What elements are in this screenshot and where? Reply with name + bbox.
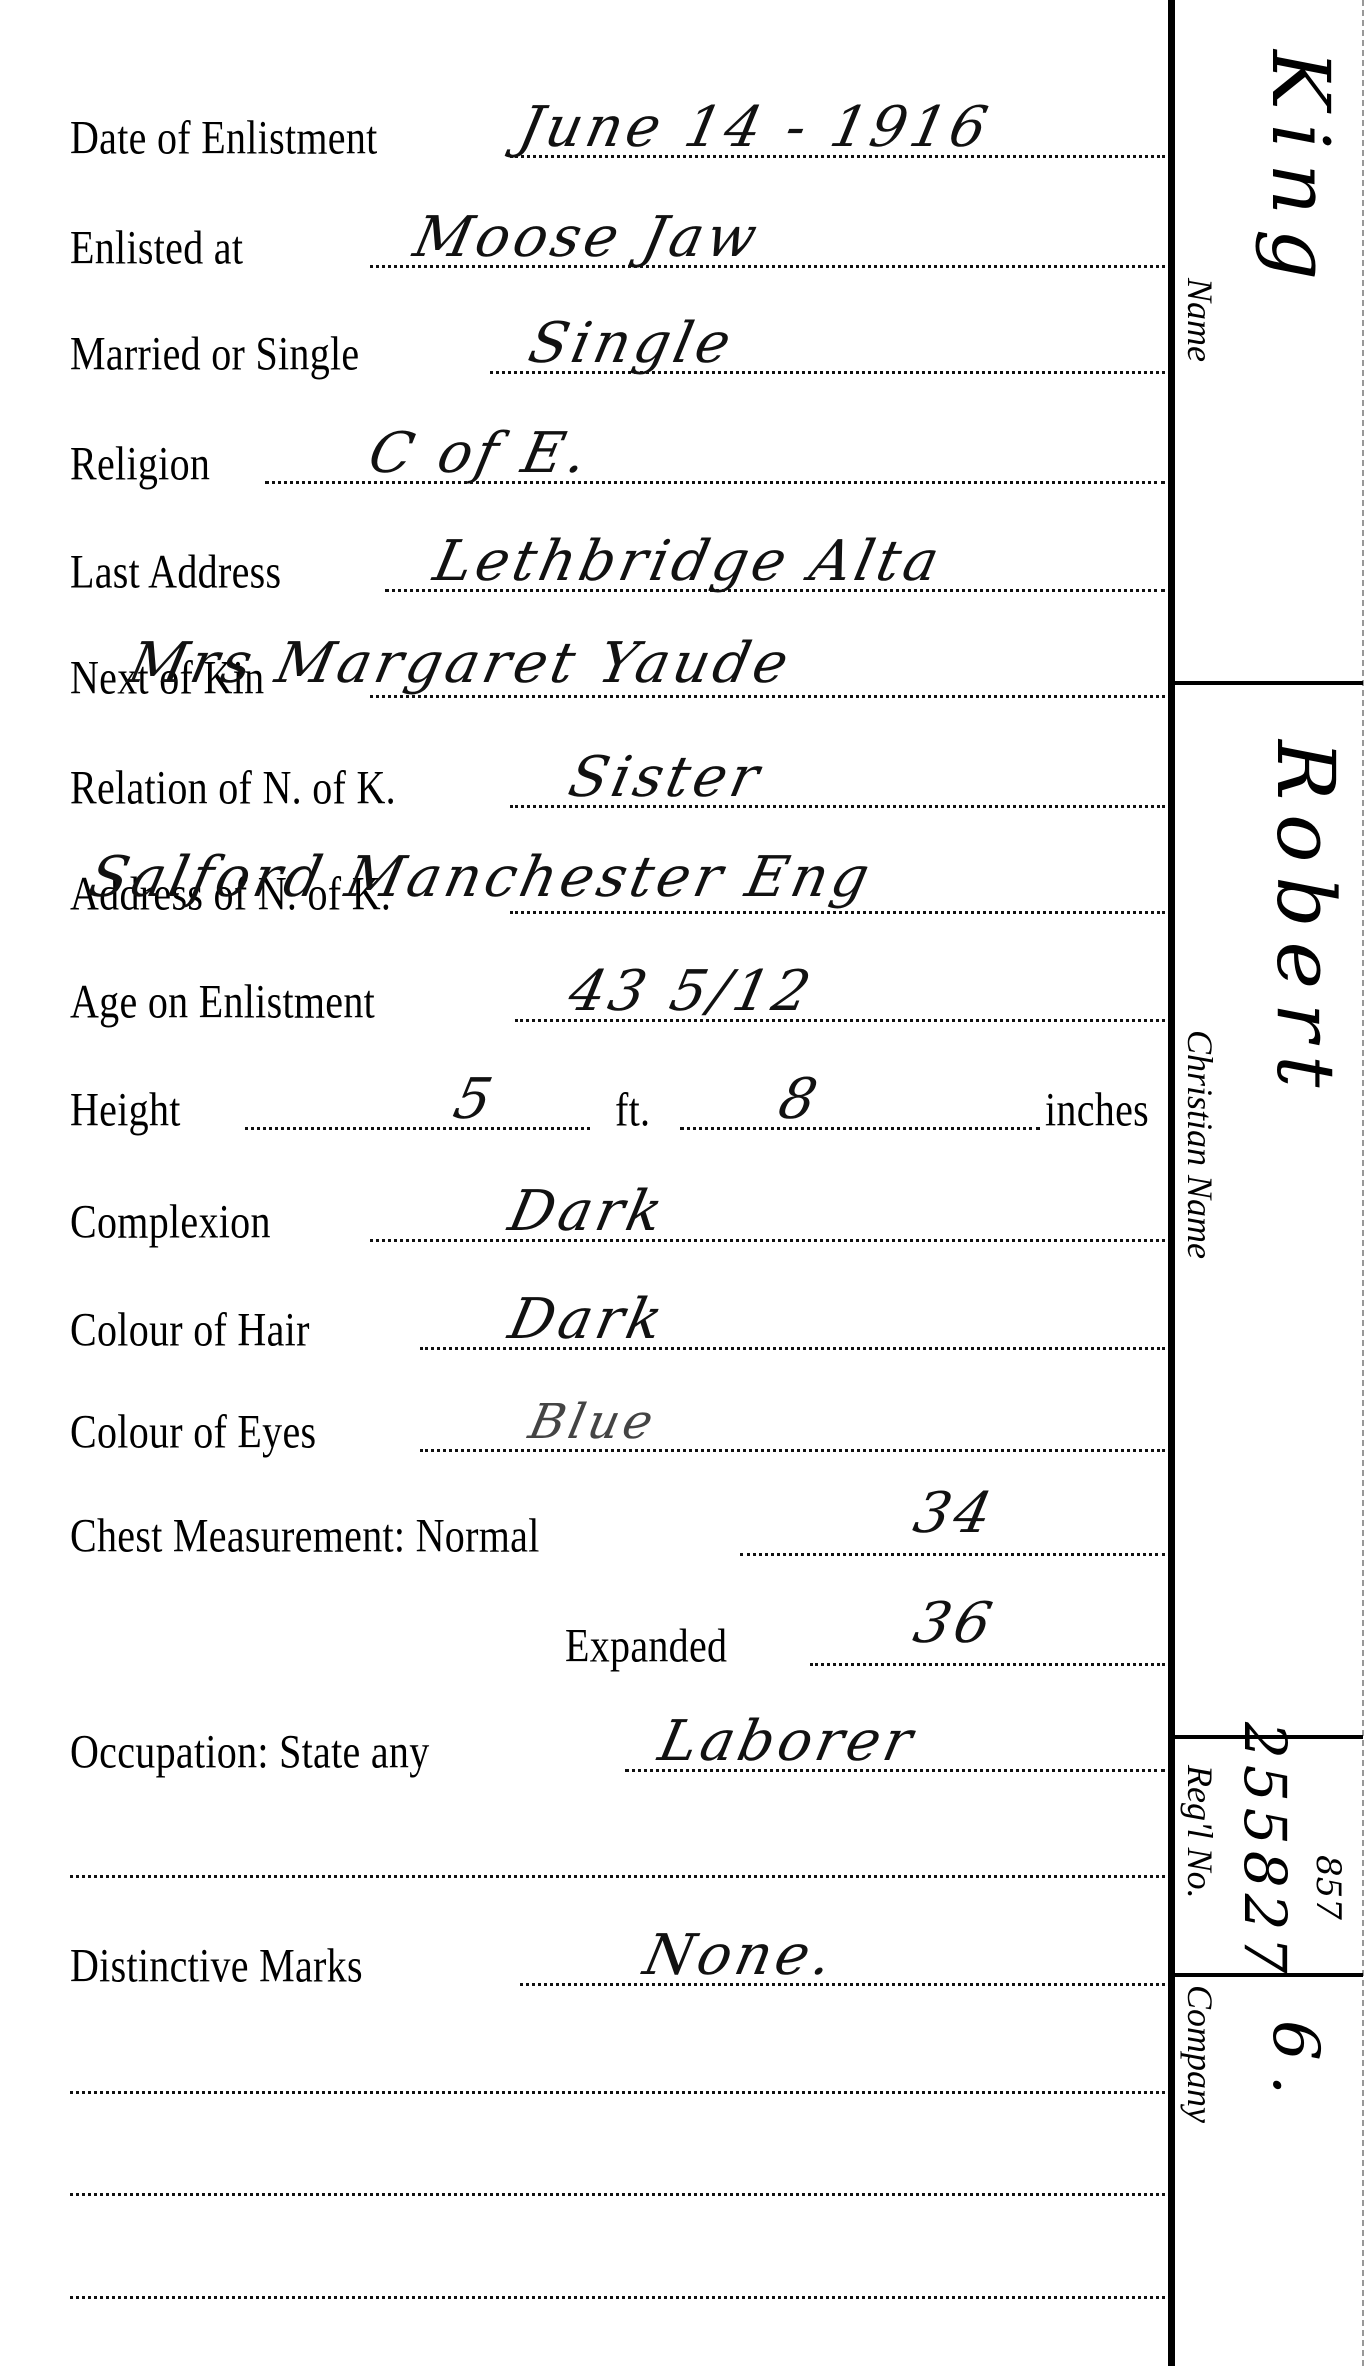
inches-unit-label: inches — [1045, 1087, 1149, 1134]
field-value: 36 — [909, 1596, 1000, 1652]
feet-unit-label: ft. — [615, 1087, 650, 1134]
christian-name-label: Christian Name — [1182, 1030, 1218, 1259]
field-value: 34 — [909, 1486, 1000, 1542]
field-label: Height — [70, 1087, 181, 1134]
field-label: Enlisted at — [70, 225, 243, 272]
field-label: Date of Enlistment — [70, 115, 378, 162]
company-label: Company — [1182, 1985, 1218, 2123]
field-height: Height 5 ft. 8 inches — [70, 1074, 1165, 1134]
field-label: Age on Enlistment — [70, 979, 375, 1026]
fill-line-feet — [245, 1127, 590, 1130]
fill-line-inches — [680, 1127, 1040, 1130]
field-value: C of E. — [364, 426, 595, 482]
field-label: Expanded — [565, 1623, 727, 1670]
company-value: 6. — [1255, 2020, 1335, 2109]
field-label: Occupation: State any — [70, 1729, 430, 1776]
field-address-of-next-of-kin: Address of N. of K. Salford Manchester E… — [70, 858, 1165, 918]
name-value: King — [1260, 50, 1340, 294]
field-enlisted-at: Enlisted at Moose Jaw — [70, 212, 1165, 272]
column-divider — [1168, 0, 1175, 2366]
field-label: Colour of Hair — [70, 1307, 310, 1354]
field-value: Dark — [504, 1292, 671, 1348]
regt-no-value: 255827 — [1225, 1722, 1305, 1979]
fill-line — [510, 911, 1165, 914]
field-date-of-enlistment: Date of Enlistment June 14 - 1916 — [70, 102, 1165, 162]
fill-line — [520, 1983, 1165, 1986]
field-label: Religion — [70, 441, 210, 488]
field-occupation-continued — [70, 1822, 1165, 1882]
name-label: Name — [1182, 278, 1218, 362]
field-label: Last Address — [70, 549, 281, 596]
fill-line — [70, 2296, 1165, 2299]
field-value: Blue — [524, 1394, 662, 1450]
field-label: Colour of Eyes — [70, 1409, 316, 1456]
field-label: Relation of N. of K. — [70, 765, 396, 812]
field-last-address: Last Address Lethbridge Alta — [70, 536, 1165, 596]
height-inches-value: 8 — [774, 1072, 826, 1128]
regt-no-correction: 857 — [1311, 1855, 1345, 1920]
field-value: Laborer — [654, 1714, 921, 1770]
card-edge — [1362, 0, 1364, 2366]
field-value: Dark — [504, 1184, 671, 1240]
fill-line — [740, 1553, 1165, 1556]
field-married-or-single: Married or Single Single — [70, 318, 1165, 378]
fill-line — [70, 2091, 1165, 2094]
field-value: Mrs Margaret Yaude — [124, 636, 797, 692]
field-distinctive-marks: Distinctive Marks None. — [70, 1930, 1165, 1990]
field-relation-of-next-of-kin: Relation of N. of K. Sister — [70, 752, 1165, 812]
blank-line — [70, 2038, 1165, 2098]
field-value: June 14 - 1916 — [514, 100, 996, 156]
field-value: None. — [639, 1928, 841, 1984]
section-divider — [1175, 681, 1363, 685]
blank-line — [70, 2140, 1165, 2200]
field-chest-normal: Chest Measurement: Normal 34 — [70, 1500, 1165, 1560]
field-label: Distinctive Marks — [70, 1943, 363, 1990]
field-occupation: Occupation: State any Laborer — [70, 1716, 1165, 1776]
regt-no-label: Reg'l No. — [1182, 1765, 1218, 1899]
attestation-card: Date of Enlistment June 14 - 1916 Enlist… — [0, 0, 1370, 2366]
christian-name-value: Robert — [1265, 740, 1345, 1101]
fill-line — [70, 1875, 1165, 1878]
field-complexion: Complexion Dark — [70, 1186, 1165, 1246]
field-value: 43 5/12 — [564, 964, 819, 1020]
field-chest-expanded: Expanded 36 — [70, 1610, 1165, 1670]
field-label: Married or Single — [70, 331, 359, 378]
field-label: Chest Measurement: Normal — [70, 1513, 540, 1560]
field-colour-of-hair: Colour of Hair Dark — [70, 1294, 1165, 1354]
field-value: Lethbridge Alta — [429, 534, 947, 590]
field-label: Complexion — [70, 1199, 271, 1246]
field-religion: Religion C of E. — [70, 428, 1165, 488]
fill-line — [810, 1663, 1165, 1666]
field-value: Salford Manchester Eng — [84, 850, 878, 906]
height-feet-value: 5 — [449, 1072, 501, 1128]
field-value: Single — [524, 316, 739, 372]
field-age-on-enlistment: Age on Enlistment 43 5/12 — [70, 966, 1165, 1026]
field-next-of-kin: Next of Kin Mrs Margaret Yaude — [70, 642, 1165, 702]
field-value: Moose Jaw — [409, 210, 765, 266]
fill-line — [70, 2193, 1165, 2196]
fill-line — [370, 1239, 1165, 1242]
field-value: Sister — [564, 750, 767, 806]
blank-line — [70, 2243, 1165, 2303]
field-colour-of-eyes: Colour of Eyes Blue — [70, 1396, 1165, 1456]
